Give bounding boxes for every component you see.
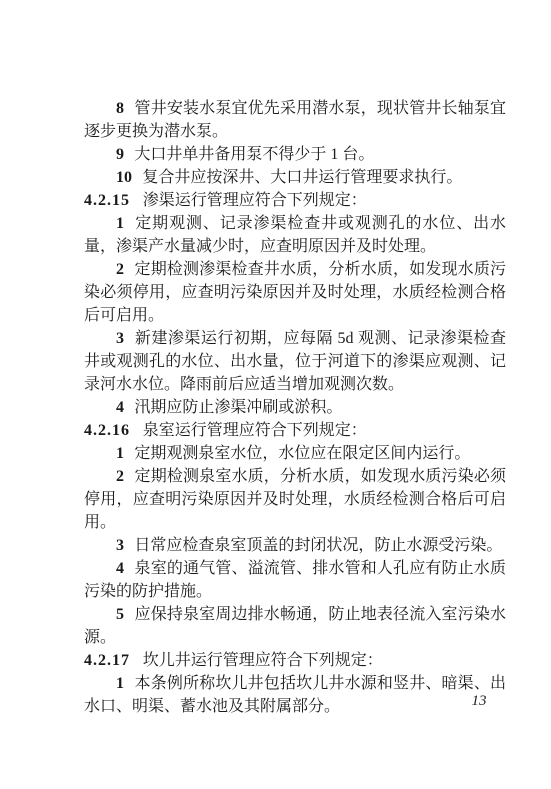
page-number: 13 xyxy=(452,693,506,710)
item-text: 大口井单井备用泵不得少于 1 台。 xyxy=(134,146,374,163)
item-number: 4 xyxy=(116,560,124,577)
list-item: 1定期观测、记录渗渠检查井或观测孔的水位、出水量，渗渠产水量减少时，应查明原因并… xyxy=(84,212,506,258)
item-number: 3 xyxy=(116,330,124,347)
list-item: 9大口井单井备用泵不得少于 1 台。 xyxy=(84,143,506,166)
page-content: 8管井安装水泵宜优先采用潜水泵，现状管井长轴泵宜逐步更换为潜水泵。 9大口井单井… xyxy=(84,97,506,718)
clause-heading: 4.2.15渗渠运行管理应符合下列规定： xyxy=(84,189,506,212)
item-number: 2 xyxy=(116,261,124,278)
clause-heading: 4.2.17坎儿井运行管理应符合下列规定： xyxy=(84,649,506,672)
item-text: 应保持泉室周边排水畅通，防止地表径流入室污染水源。 xyxy=(84,606,506,646)
item-text: 定期观测、记录渗渠检查井或观测孔的水位、出水量，渗渠产水量减少时，应查明原因并及… xyxy=(84,215,506,255)
item-text: 复合井应按深井、大口井运行管理要求执行。 xyxy=(142,169,462,186)
item-text: 汛期应防止渗渠冲刷或淤积。 xyxy=(134,399,342,416)
item-text: 定期检测渗渠检查井水质，分析水质，如发现水质污染必须停用，应查明污染原因并及时处… xyxy=(84,261,506,324)
item-text: 管井安装水泵宜优先采用潜水泵，现状管井长轴泵宜逐步更换为潜水泵。 xyxy=(84,100,506,140)
clause-heading: 4.2.16泉室运行管理应符合下列规定： xyxy=(84,419,506,442)
list-item: 5应保持泉室周边排水畅通，防止地表径流入室污染水源。 xyxy=(84,603,506,649)
item-text: 定期检测泉室水质，分析水质，如发现水质污染必须停用，应查明污染原因并及时处理，水… xyxy=(84,468,506,531)
clause-number: 4.2.16 xyxy=(84,422,130,439)
list-item: 3日常应检查泉室顶盖的封闭状况，防止水源受污染。 xyxy=(84,534,506,557)
list-item: 8管井安装水泵宜优先采用潜水泵，现状管井长轴泵宜逐步更换为潜水泵。 xyxy=(84,97,506,143)
item-text: 新建渗渠运行初期，应每隔 5d 观测、记录渗渠检查井或观测孔的水位、出水量，位于… xyxy=(84,330,506,393)
item-number: 4 xyxy=(116,399,124,416)
clause-number: 4.2.17 xyxy=(84,652,130,669)
item-number: 2 xyxy=(116,468,124,485)
list-item: 4泉室的通气管、溢流管、排水管和人孔应有防止水质污染的防护措施。 xyxy=(84,557,506,603)
list-item: 1定期观测泉室水位，水位应在限定区间内运行。 xyxy=(84,442,506,465)
list-item: 4汛期应防止渗渠冲刷或淤积。 xyxy=(84,396,506,419)
list-item: 1本条例所称坎儿井包括坎儿井水源和竖井、暗渠、出水口、明渠、蓄水池及其附属部分。 xyxy=(84,672,506,718)
clause-text: 坎儿井运行管理应符合下列规定： xyxy=(143,652,383,669)
item-text: 定期观测泉室水位，水位应在限定区间内运行。 xyxy=(134,445,470,462)
list-item: 2定期检测泉室水质，分析水质，如发现水质污染必须停用，应查明污染原因并及时处理，… xyxy=(84,465,506,534)
item-number: 5 xyxy=(116,606,124,623)
item-number: 1 xyxy=(116,215,124,232)
item-text: 日常应检查泉室顶盖的封闭状况，防止水源受污染。 xyxy=(134,537,502,554)
clause-text: 渗渠运行管理应符合下列规定： xyxy=(143,192,367,209)
list-item: 2定期检测渗渠检查井水质，分析水质，如发现水质污染必须停用，应查明污染原因并及时… xyxy=(84,258,506,327)
item-text: 本条例所称坎儿井包括坎儿井水源和竖井、暗渠、出水口、明渠、蓄水池及其附属部分。 xyxy=(84,675,506,715)
clause-text: 泉室运行管理应符合下列规定： xyxy=(143,422,367,439)
item-number: 8 xyxy=(116,100,124,117)
item-number: 3 xyxy=(116,537,124,554)
list-item: 3新建渗渠运行初期，应每隔 5d 观测、记录渗渠检查井或观测孔的水位、出水量，位… xyxy=(84,327,506,396)
item-number: 1 xyxy=(116,445,124,462)
item-number: 9 xyxy=(116,146,124,163)
list-item: 10复合井应按深井、大口井运行管理要求执行。 xyxy=(84,166,506,189)
item-number: 10 xyxy=(116,169,132,186)
item-number: 1 xyxy=(116,675,124,692)
clause-number: 4.2.15 xyxy=(84,192,130,209)
document-page: 8管井安装水泵宜优先采用潜水泵，现状管井长轴泵宜逐步更换为潜水泵。 9大口井单井… xyxy=(0,0,551,789)
item-text: 泉室的通气管、溢流管、排水管和人孔应有防止水质污染的防护措施。 xyxy=(84,560,506,600)
